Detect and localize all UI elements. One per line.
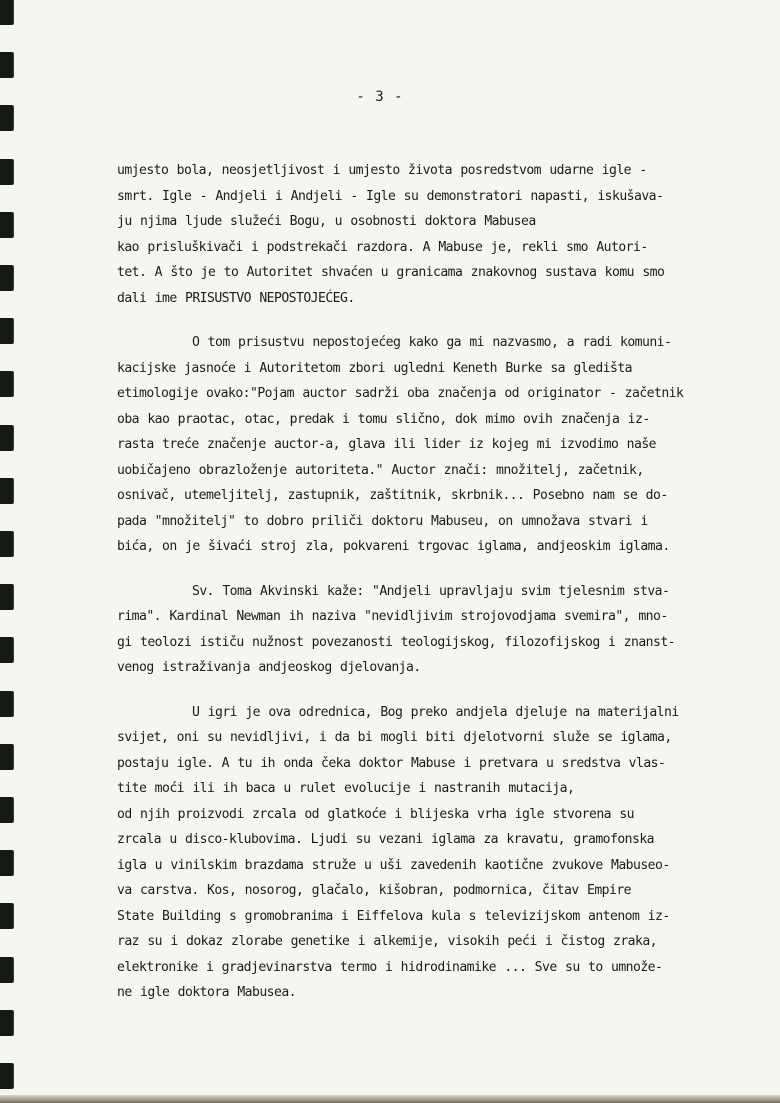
text-line: State Building s gromobranima i Eiffelov… <box>117 904 737 930</box>
paragraph-gap <box>117 560 737 579</box>
binding-hole <box>0 212 13 238</box>
text-line: ju njima ljude služeći Bogu, u osobnosti… <box>117 209 737 235</box>
text-line: zrcala u disco-klubovima. Ljudi su vezan… <box>117 827 737 853</box>
paragraph-gap <box>117 311 737 330</box>
paragraph: O tom prisustvu nepostojećeg kako ga mi … <box>117 330 737 560</box>
text-line: svijet, oni su nevidljivi, i da bi mogli… <box>117 725 737 751</box>
text-line: uobičajeno obrazloženje autoriteta." Auc… <box>117 458 737 484</box>
binding-hole <box>0 637 13 663</box>
text-line: kao prisluškivači i podstrekači razdora.… <box>117 235 737 261</box>
binding-hole <box>0 531 13 557</box>
text-line: umjesto bola, neosjetljivost i umjesto ž… <box>117 158 737 184</box>
text-line: igla u vinilskim brazdama struže u uši z… <box>117 853 737 879</box>
text-line: Sv. Toma Akvinski kaže: "Andjeli upravlj… <box>117 579 737 605</box>
text-line: pada "množitelj" to dobro priliči doktor… <box>117 509 737 535</box>
text-line: O tom prisustvu nepostojećeg kako ga mi … <box>117 330 737 356</box>
body-text: umjesto bola, neosjetljivost i umjesto ž… <box>117 158 737 1006</box>
document-page: - 3 - umjesto bola, neosjetljivost i umj… <box>0 0 780 1096</box>
text-line: venog istraživanja andjeoskog djelovanja… <box>117 655 737 681</box>
binding-hole <box>0 52 13 78</box>
text-line: smrt. Igle - Andjeli i Andjeli - Igle su… <box>117 184 737 210</box>
paragraph: Sv. Toma Akvinski kaže: "Andjeli upravlj… <box>117 579 737 681</box>
text-line: tite moći ili ih baca u rulet evolucije … <box>117 776 737 802</box>
binding-hole <box>0 1010 13 1036</box>
paragraph: U igri je ova odrednica, Bog preko andje… <box>117 700 737 1006</box>
text-line: rima". Kardinal Newman ih naziva "nevidl… <box>117 604 737 630</box>
text-line: osnivač, utemeljitelj, zastupnik, zaštit… <box>117 483 737 509</box>
binding-hole <box>0 265 13 291</box>
spiral-binding <box>0 0 16 1100</box>
text-line: etimologije ovako:"Pojam auctor sadrži o… <box>117 381 737 407</box>
binding-hole <box>0 0 13 25</box>
binding-hole <box>0 105 13 131</box>
binding-hole <box>0 584 13 610</box>
text-line: tet. A što je to Autoritet shvaćen u gra… <box>117 260 737 286</box>
binding-hole <box>0 797 13 823</box>
binding-hole <box>0 957 13 983</box>
binding-hole <box>0 318 13 344</box>
text-line: oba kao praotac, otac, predak i tomu sli… <box>117 407 737 433</box>
text-line: raz su i dokaz zlorabe genetike i alkemi… <box>117 929 737 955</box>
binding-hole <box>0 159 13 185</box>
text-line: ne igle doktora Mabusea. <box>117 980 737 1006</box>
binding-hole <box>0 744 13 770</box>
text-line: bića, on je šivaći stroj zla, pokvareni … <box>117 534 737 560</box>
text-line: kacijske jasnoće i Autoritetom zbori ugl… <box>117 356 737 382</box>
page-bottom-edge <box>0 1095 780 1103</box>
text-line: rasta treće značenje auctor-a, glava ili… <box>117 432 737 458</box>
binding-hole <box>0 850 13 876</box>
text-line: elektronike i gradjevinarstva termo i hi… <box>117 955 737 981</box>
text-line: od njih proizvodi zrcala od glatkoće i b… <box>117 802 737 828</box>
binding-hole <box>0 478 13 504</box>
text-line: va carstva. Kos, nosorog, glačalo, kišob… <box>117 878 737 904</box>
page-number: - 3 - <box>0 89 760 105</box>
text-line: postaju igle. A tu ih onda čeka doktor M… <box>117 751 737 777</box>
binding-hole <box>0 425 13 451</box>
paragraph: umjesto bola, neosjetljivost i umjesto ž… <box>117 158 737 311</box>
text-line: dali ime PRISUSTVO NEPOSTOJEĆEG. <box>117 286 737 312</box>
binding-hole <box>0 903 13 929</box>
paragraph-gap <box>117 681 737 700</box>
binding-hole <box>0 371 13 397</box>
text-line: gi teolozi ističu nužnost povezanosti te… <box>117 630 737 656</box>
text-line: U igri je ova odrednica, Bog preko andje… <box>117 700 737 726</box>
binding-hole <box>0 1063 13 1089</box>
binding-hole <box>0 691 13 717</box>
